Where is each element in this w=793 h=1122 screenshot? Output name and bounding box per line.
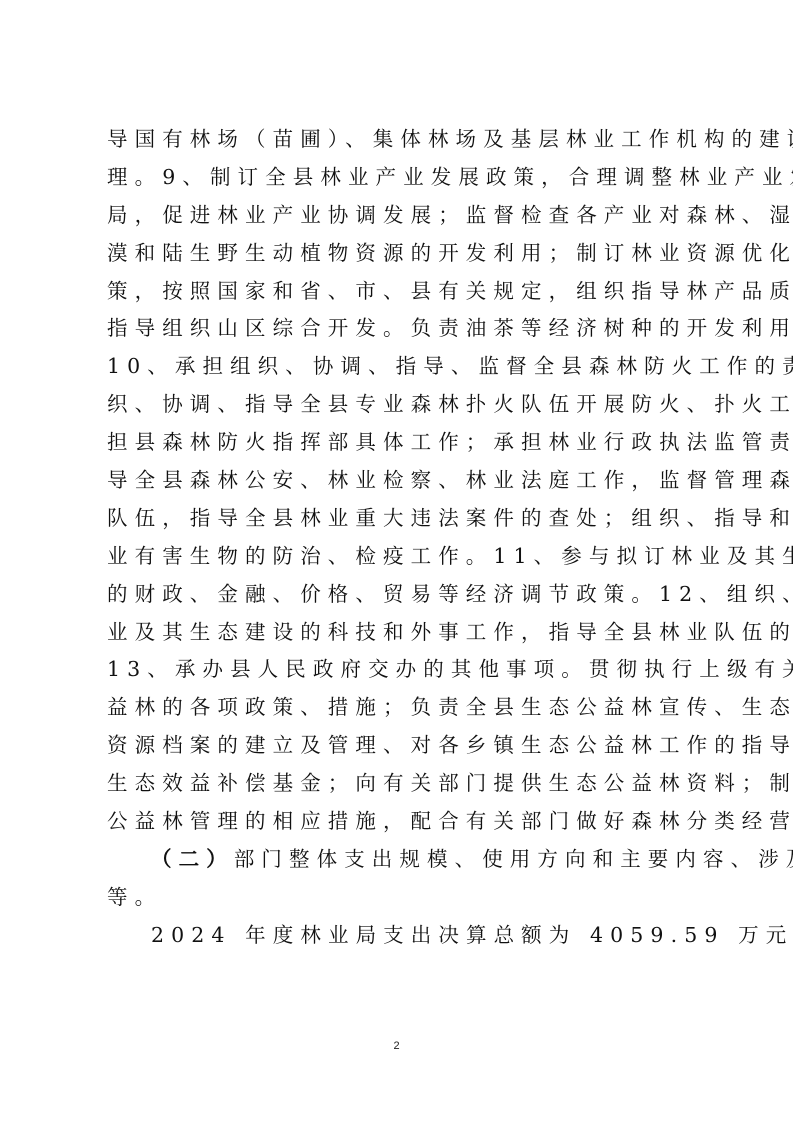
text-line: 策，按照国家和省、市、县有关规定，组织指导林产品质量监督； [107,273,699,311]
text-line: 漠和陆生野生动植物资源的开发利用；制订林业资源优化配置政 [107,235,699,273]
text-line: 公益林管理的相应措施，配合有关部门做好森林分类经营工作。 [107,803,699,841]
section-heading: （二）部门整体支出规模、使用方向和主要内容、涉及范围 [107,841,699,879]
text-line: 局，促进林业产业协调发展；监督检查各产业对森林、湿地、荒 [107,197,699,235]
text-line: 导国有林场（苗圃）、集体林场及基层林业工作机构的建设和管 [107,121,699,159]
section-heading-text: 部门整体支出规模、使用方向和主要内容、涉及范围 [234,847,793,871]
text-line: 生态效益补偿基金；向有关部门提供生态公益林资料；制定生态 [107,765,699,803]
text-line: 业有害生物的防治、检疫工作。11、参与拟订林业及其生态建设 [107,538,699,576]
section-heading-continuation: 等。 [107,879,699,917]
text-line: 织、协调、指导全县专业森林扑火队伍开展防火、扑火工作，承 [107,386,699,424]
text-line: 理。9、制订全县林业产业发展政策，合理调整林业产业发展布 [107,159,699,197]
text-line: 指导组织山区综合开发。负责油茶等经济树种的开发利用工作。 [107,310,699,348]
section-heading-label: （二） [151,847,234,871]
page-number: 2 [0,1040,793,1052]
text-line: 的财政、金融、价格、贸易等经济调节政策。12、组织、指导林 [107,576,699,614]
text-line: 业及其生态建设的科技和外事工作，指导全县林业队伍的建设。 [107,614,699,652]
text-line: 导全县森林公安、林业检察、林业法庭工作，监督管理森林公安 [107,462,699,500]
closing-paragraph-line: 2024 年度林业局支出决算总额为 4059.59 万元，主要是用于 [107,917,699,955]
text-line: 13、承办县人民政府交办的其他事项。贯彻执行上级有关生态公 [107,651,699,689]
text-line: 10、承担组织、协调、指导、监督全县森林防火工作的责任；组 [107,348,699,386]
text-line: 资源档案的建立及管理、对各乡镇生态公益林工作的指导；兑现 [107,727,699,765]
text-line: 益林的各项政策、措施；负责全县生态公益林宣传、生态公益林 [107,689,699,727]
text-line: 担县森林防火指挥部具体工作；承担林业行政执法监管责任，指 [107,424,699,462]
text-line: 队伍，指导全县林业重大违法案件的查处；组织、指导和监督林 [107,500,699,538]
document-page: 导国有林场（苗圃）、集体林场及基层林业工作机构的建设和管 理。9、制订全县林业产… [0,0,793,1122]
body-text: 导国有林场（苗圃）、集体林场及基层林业工作机构的建设和管 理。9、制订全县林业产… [107,121,699,955]
